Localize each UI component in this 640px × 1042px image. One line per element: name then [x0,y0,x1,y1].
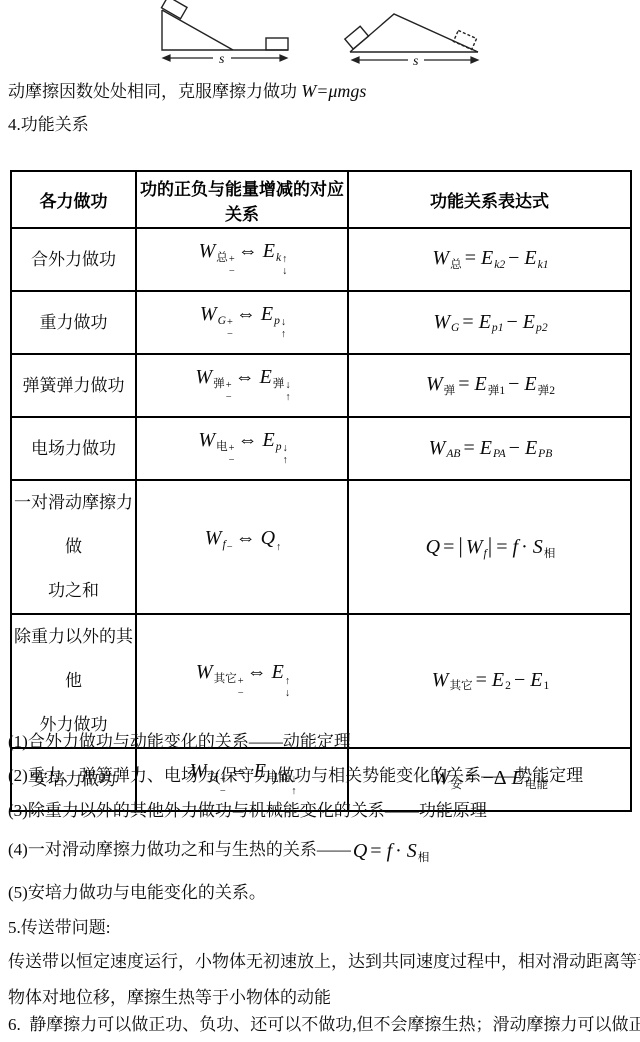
row-label-cell: 电场力做功 [11,417,136,480]
table-row-friction-pair: 一对滑动摩擦力做功之和 Wf−⇔Q↑ Q=|Wf|=f·S相 [11,480,631,614]
table-header-row: 各力做功 功的正负与能量增减的对应关系 功能关系表达式 [11,171,631,228]
row-label-cell: 合外力做功 [11,228,136,291]
expression-cell: WAB=EPA−EPB [348,417,631,480]
relation-cell: W弹+−⇔E弹↓↑ [136,354,348,417]
note-2: (2)重力、弹簧弹力、电场力(保守力)做功与相关势能变化的关系——势能定理 [8,765,583,787]
block-on-ground-icon [266,38,288,50]
relation-cell: Wf−⇔Q↑ [136,480,348,614]
table-row-spring: 弹簧弹力做功 W弹+−⇔E弹↓↑ W弹=E弹1−E弹2 [11,354,631,417]
header-sign-energy-relation: 功的正负与能量增减的对应关系 [136,171,348,228]
relation-cell: WG+−⇔Ep↓↑ [136,291,348,354]
note-4: (4)一对滑动摩擦力做功之和与生热的关系——Q=f·S相 [8,839,429,869]
block-on-left-slope-icon [345,26,369,49]
incline-diagrams: s s [0,0,640,72]
incline-left-triangle-edges [162,10,288,50]
expression-cell: W其它=E2−E1 [348,614,631,748]
note-5: (5)安培力做功与电能变化的关系。 [8,882,266,904]
friction-work-text: 动摩擦因数处处相同，克服摩擦力做功 [8,82,301,101]
table-row-electric: 电场力做功 W电+−⇔Ep↓↑ WAB=EPA−EPB [11,417,631,480]
incline-diagram-left: s [161,0,288,67]
row-label-cell: 重力做功 [11,291,136,354]
distance-label-right: s [413,54,419,69]
expression-cell: WG=Ep1−Ep2 [348,291,631,354]
distance-label-left: s [219,52,225,67]
belt-paragraph-line-1: 传送带以恒定速度运行，小物体无初速放上，达到共同速度过程中，相对滑动距离等于小 [8,951,640,973]
table-row-gravity: 重力做功 WG+−⇔Ep↓↑ WG=Ep1−Ep2 [11,291,631,354]
section-5-heading: 5.传送带问题: [8,917,110,939]
expression-cell: W弹=E弹1−E弹2 [348,354,631,417]
note-4-formula: Q=f·S相 [351,840,430,862]
relation-cell: W电+−⇔Ep↓↑ [136,417,348,480]
note-4-text: (4)一对滑动摩擦力做功之和与生热的关系—— [8,840,351,859]
expression-cell: Q=|Wf|=f·S相 [348,480,631,614]
table-row-other-forces: 除重力以外的其他外力做功 W其它+−⇔E↑↓ W其它=E2−E1 [11,614,631,748]
section-4-heading: 4.功能关系 [8,114,89,136]
header-force-work: 各力做功 [11,171,136,228]
work-energy-table: 各力做功 功的正负与能量增减的对应关系 功能关系表达式 合外力做功 W总+−⇔E… [10,170,632,812]
note-3: (3)除重力以外的其他外力做功与机械能变化的关系——功能原理 [8,800,487,822]
relation-cell: W总+−⇔Ek↑↓ [136,228,348,291]
note-1: (1)合外力做功与动能变化的关系——动能定理 [8,731,351,753]
belt-paragraph-line-2: 物体对地位移，摩擦生热等于小物体的动能 [8,987,331,1009]
friction-work-formula: W=μmgs [301,81,366,101]
item-6-line: 6. 静摩擦力可以做正功、负功、还可以不做功,但不会摩擦生热；滑动摩擦力可以做正… [8,1014,640,1036]
incline-left-hypotenuse [162,10,233,50]
row-label-cell: 除重力以外的其他外力做功 [11,614,136,748]
row-label-cell: 一对滑动摩擦力做功之和 [11,480,136,614]
relation-cell: W其它+−⇔E↑↓ [136,614,348,748]
row-label-cell: 弹簧弹力做功 [11,354,136,417]
physics-notes-page: s s 动摩擦因数处处相同，克服摩擦力做功 W=μmgs 4.功能关系 各力做功… [0,0,640,1042]
incline-diagram-right: s [345,14,478,69]
header-expression: 功能关系表达式 [348,171,631,228]
distance-arrow-left [163,55,287,61]
incline-right-slopes [350,14,478,52]
block-on-slope-icon [161,0,187,19]
friction-work-line: 动摩擦因数处处相同，克服摩擦力做功 W=μmgs [8,80,366,103]
table-row-net-force: 合外力做功 W总+−⇔Ek↑↓ W总=Ek2−Ek1 [11,228,631,291]
expression-cell: W总=Ek2−Ek1 [348,228,631,291]
